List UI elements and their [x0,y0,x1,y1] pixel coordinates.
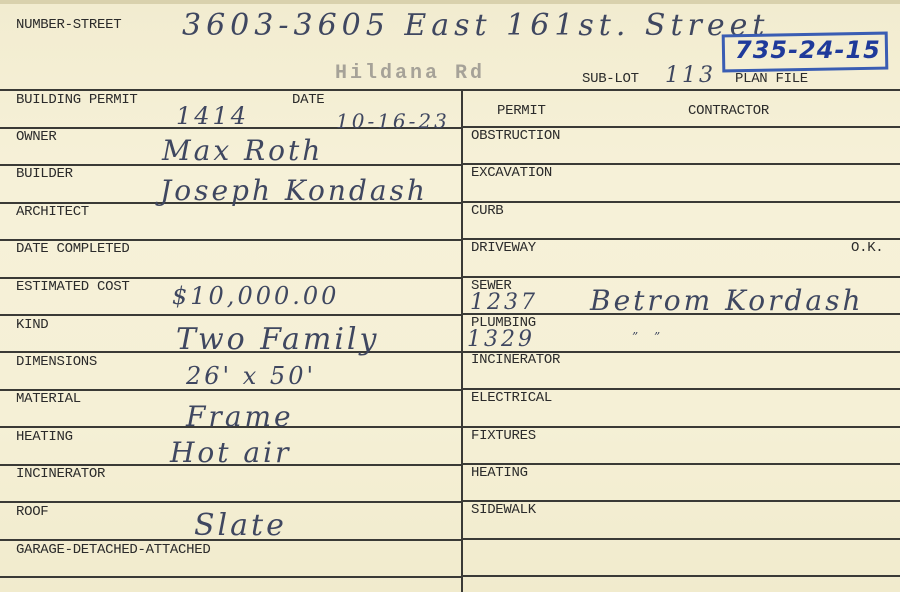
sublot-label: SUB-LOT [582,71,639,87]
plan-file-value: 735-24-15 [735,36,881,64]
field-value-heating: Hot air [170,436,291,469]
permit-number-plumbing: 1329 [467,327,535,352]
right-header-permit: PERMIT [497,103,546,119]
permit-label-curb: CURB [471,203,503,219]
row-rule [0,501,462,503]
permit-number-sewer: 1237 [470,290,538,315]
field-label-dimensions: DIMENSIONS [16,354,97,370]
field-value-date: 10-16-23 [336,109,450,133]
field-label-garage: GARAGE-DETACHED-ATTACHED [16,542,210,558]
row-rule [462,276,900,278]
card-top-edge [0,0,900,4]
field-value-roof: Slate [194,508,287,543]
right-header-contractor: CONTRACTOR [688,103,769,119]
permit-label-heating: HEATING [471,465,528,481]
permit-card: NUMBER-STREET 3603-3605 East 161st. Stre… [0,0,900,592]
permit-label-sidewalk: SIDEWALK [471,502,536,518]
field-label-roof: ROOF [16,504,48,520]
field-value-building-permit: 1414 [176,102,249,130]
field-label-incinerator: INCINERATOR [16,466,105,482]
row-rule [0,576,462,578]
permit-label-obstruction: OBSTRUCTION [471,128,560,144]
field-label-material: MATERIAL [16,391,81,407]
field-label-date: DATE [292,92,324,108]
row-rule [0,314,462,316]
field-value-owner: Max Roth [162,134,323,167]
field-value-builder: Joseph Kondash [160,174,428,207]
field-label-date-completed: DATE COMPLETED [16,241,129,257]
permit-contractor-plumbing: ” ” [632,330,666,344]
divider-header [0,89,900,91]
field-label-estimated-cost: ESTIMATED COST [16,279,129,295]
field-label-architect: ARCHITECT [16,204,89,220]
permit-label-incinerator: INCINERATOR [471,352,560,368]
stamped-street: Hildana Rd [335,62,485,85]
field-label-heating: HEATING [16,429,73,445]
field-label-kind: KIND [16,317,48,333]
field-value-dimensions: 26' x 50' [186,362,316,390]
plan-file-label: PLAN FILE [735,71,808,87]
permit-contractor-sewer: Betrom Kordash [590,284,864,317]
permit-note-driveway: O.K. [851,240,883,256]
field-value-estimated-cost: $10,000.00 [172,282,339,310]
number-street-value: 3603-3605 East 161st. Street [182,8,769,43]
field-label-builder: BUILDER [16,166,73,182]
row-rule [462,575,900,577]
number-street-label: NUMBER-STREET [16,17,121,33]
permit-label-excavation: EXCAVATION [471,165,552,181]
row-rule [462,201,900,203]
permit-label-fixtures: FIXTURES [471,428,536,444]
permit-label-driveway: DRIVEWAY [471,240,536,256]
permit-label-electrical: ELECTRICAL [471,390,552,406]
row-rule [462,538,900,540]
field-label-owner: OWNER [16,129,57,145]
field-label-building-permit: BUILDING PERMIT [16,92,138,108]
field-value-material: Frame [186,400,294,433]
field-value-kind: Two Family [176,322,379,357]
sublot-value: 113 [665,63,716,88]
